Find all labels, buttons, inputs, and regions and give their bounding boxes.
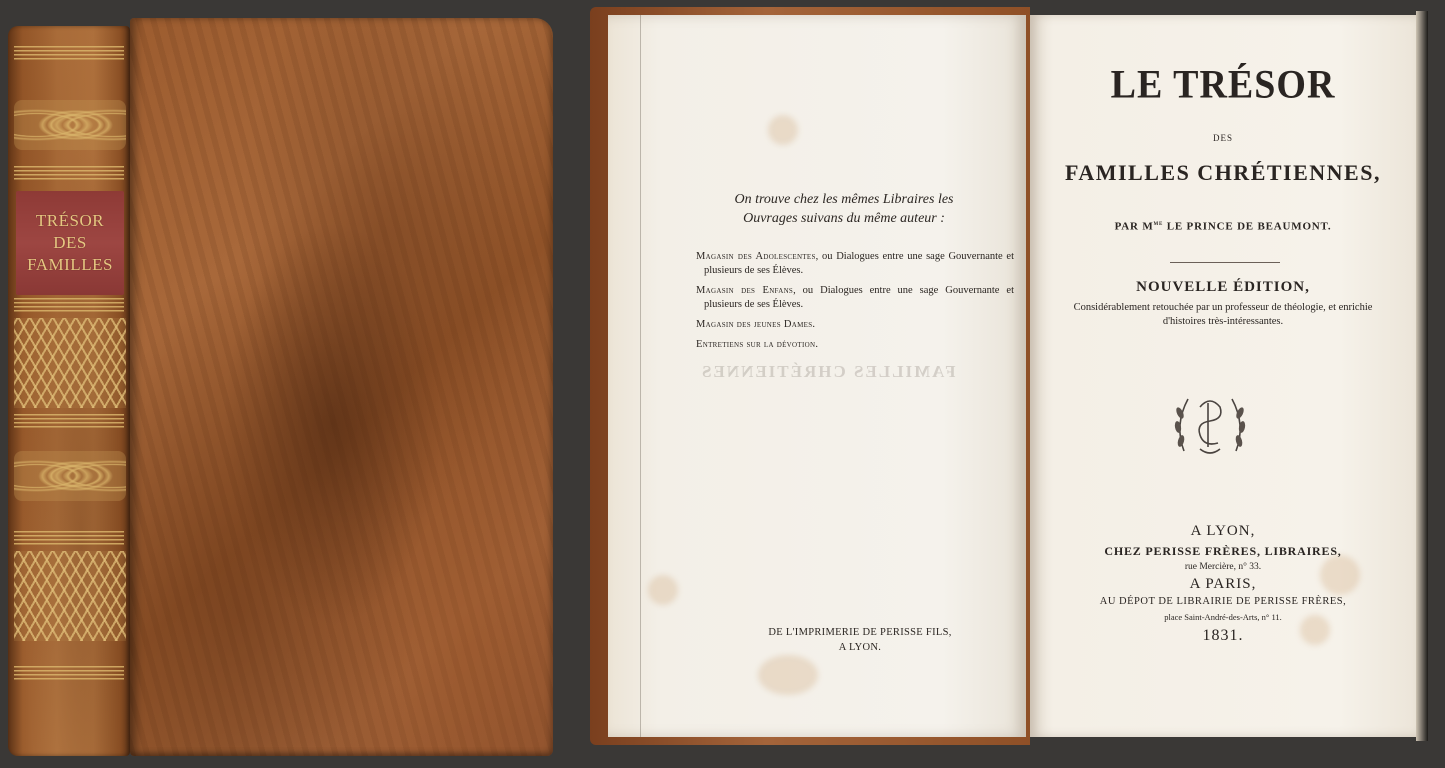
author-prefix: PAR M [1115, 221, 1154, 233]
printer-imprint: DE L'IMPRIMERIE DE PERISSE FILS, A LYON. [740, 625, 980, 655]
edition-description: Considérablement retouchée par un profes… [1030, 301, 1416, 329]
foxing-stain [768, 115, 798, 145]
monogram-wreath-icon [1170, 385, 1250, 465]
spine-title-label: TRÉSOR DES FAMILLES [16, 191, 124, 295]
work-title: Magasin des Enfans [696, 285, 793, 296]
gilt-lattice-icon [14, 551, 126, 641]
imprint-address-lyon: rue Mercière, n° 33. [1030, 562, 1416, 572]
work-title: Entretiens sur la dévotion [696, 339, 815, 350]
spine-label-line: TRÉSOR [36, 210, 104, 232]
book-author: PAR Mme LE PRINCE DE BEAUMONT. [1030, 219, 1416, 233]
works-list-item: Magasin des Adolescentes, ou Dialogues e… [696, 250, 1014, 278]
printer-line: DE L'IMPRIMERIE DE PERISSE FILS, [740, 625, 980, 640]
spine-label-line: DES [53, 232, 87, 254]
gilt-rules [14, 166, 124, 180]
advert-heading-line: Ouvrages suivans du même auteur : [674, 209, 1014, 228]
book-front-cover [130, 18, 553, 756]
gilt-lattice-icon [14, 318, 126, 408]
advert-heading-line: On trouve chez les mêmes Libraires les [674, 190, 1014, 209]
gilt-rules [14, 666, 124, 680]
works-list-item: Entretiens sur la dévotion. [696, 338, 1014, 352]
gilt-rules [14, 46, 124, 60]
imprint-city-lyon: A LYON, [1030, 523, 1416, 540]
advert-heading: On trouve chez les mêmes Libraires les O… [674, 190, 1014, 228]
show-through-text: FAMILLES CHRÉTIENNES [700, 362, 956, 382]
work-description: . [815, 339, 818, 350]
works-list-item: Magasin des jeunes Dames. [696, 318, 1014, 332]
imprint-publisher-lyon: CHEZ PERISSE FRÈRES, LIBRAIRES, [1030, 544, 1416, 559]
gilt-rules [14, 298, 124, 312]
title-rule [1170, 262, 1280, 263]
foxing-stain [648, 575, 678, 605]
edition-heading: NOUVELLE ÉDITION, [1030, 279, 1416, 296]
closed-book: TRÉSOR DES FAMILLES [8, 18, 553, 758]
author-sup: me [1154, 219, 1164, 227]
book-title-des: DES [1030, 133, 1416, 143]
foxing-stain [758, 655, 818, 695]
book-photograph: TRÉSOR DES FAMILLES On trouve [0, 0, 1445, 768]
works-list-item: Magasin des Enfans, ou Dialogues entre u… [696, 284, 1014, 312]
printer-line: A LYON. [740, 640, 980, 655]
gilt-rules [14, 414, 124, 428]
work-description: . [812, 319, 815, 330]
publication-year: 1831. [1030, 627, 1416, 645]
work-title: Magasin des jeunes Dames [696, 319, 812, 330]
gilt-ornament-icon [14, 100, 126, 150]
book-title: LE TRÉSOR [1030, 62, 1416, 108]
works-list: Magasin des Adolescentes, ou Dialogues e… [696, 250, 1014, 358]
gilt-rules [14, 531, 124, 545]
imprint-city-paris: A PARIS, [1030, 576, 1416, 593]
work-title: Magasin des Adolescentes [696, 251, 816, 262]
gilt-ornament-icon [14, 451, 126, 501]
book-spine: TRÉSOR DES FAMILLES [8, 26, 130, 756]
imprint-publisher-paris: AU DÉPOT DE LIBRAIRIE DE PERISSE FRÈRES, [1030, 596, 1416, 607]
author-name: LE PRINCE DE BEAUMONT. [1163, 221, 1331, 233]
spine-label-line: FAMILLES [27, 254, 113, 276]
book-subtitle: FAMILLES CHRÉTIENNES, [1030, 160, 1416, 186]
page-edge [1416, 11, 1428, 741]
imprint-address-paris: place Saint-André-des-Arts, n° 11. [1030, 612, 1416, 622]
